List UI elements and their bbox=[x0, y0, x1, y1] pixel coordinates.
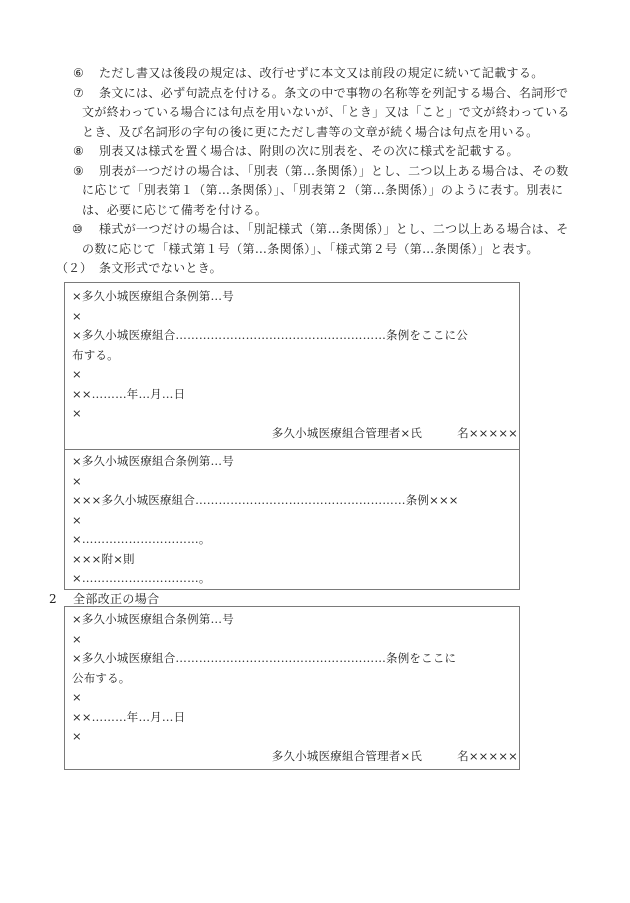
item-text-line: の数に応じて「様式第１号（第…条関係）」、「様式第２号（第…条関係）」と表す。 bbox=[82, 240, 539, 260]
box-line: ××………年…月…日 bbox=[72, 708, 185, 728]
box-line: × bbox=[72, 727, 82, 747]
item-text-line: に応じて「別表第１（第…条関係）」、「別表第２（第…条関係）」のように表す。別表… bbox=[82, 181, 563, 201]
box-line: × bbox=[72, 511, 82, 531]
example-box-full-revision bbox=[64, 606, 520, 770]
box-line: ×…………………………。 bbox=[72, 530, 211, 550]
item-marker: ⑨ bbox=[73, 162, 84, 182]
section-marker: （２） bbox=[56, 259, 92, 279]
item-text-line: 様式が一つだけの場合は、「別記様式（第…条関係）」とし、二つ以上ある場合は、そ bbox=[99, 220, 569, 240]
item-text-line: は、必要に応じて備考を付ける。 bbox=[82, 201, 267, 221]
item-marker: ⑦ bbox=[73, 84, 84, 104]
box-line: ×多久小城医療組合条例第…号 bbox=[72, 452, 234, 472]
box-line: ×多久小城医療組合………………………………………………条例をここに bbox=[72, 649, 456, 669]
box-line: × bbox=[72, 630, 82, 650]
box-line: × bbox=[72, 307, 82, 327]
box-line: × bbox=[72, 472, 82, 492]
item-marker: ⑩ bbox=[72, 220, 83, 240]
item-marker: ⑧ bbox=[73, 142, 84, 162]
box-line: ×多久小城医療組合条例第…号 bbox=[72, 610, 234, 630]
item-text-line: とき、及び名詞形の字句の後に更にただし書等の文章が続く場合は句点を用いる。 bbox=[82, 123, 538, 143]
box-divider bbox=[64, 449, 520, 450]
item-marker: ⑥ bbox=[73, 64, 84, 84]
box-line: ×多久小城医療組合………………………………………………条例をここに公 bbox=[72, 326, 468, 346]
box-line: × bbox=[72, 365, 82, 385]
item-text-line: 別表又は様式を置く場合は、附則の次に別表を、その次に様式を記載する。 bbox=[99, 142, 519, 162]
item-text-line: 条文には、必ず句読点を付ける。条文の中で事物の名称等を列記する場合、名詞形で bbox=[99, 84, 568, 104]
item-text-line: 文が終わっている場合には句点を用いないが、「とき」又は「こと」で文が終わっている bbox=[82, 103, 570, 123]
box-line: ×××附×則 bbox=[72, 550, 135, 570]
item-text-line: ただし書又は後段の規定は、改行せずに本文又は前段の規定に続いて記載する。 bbox=[99, 64, 544, 84]
section-title: 条文形式でないとき。 bbox=[99, 259, 222, 279]
box-line: × bbox=[72, 688, 82, 708]
item-text-line: 別表が一つだけの場合は、「別表（第…条関係）」とし、二つ以上ある場合は、その数 bbox=[99, 162, 569, 182]
heading-number: 2 bbox=[49, 590, 57, 610]
signature-line: 多久小城医療組合管理者×氏 名××××× bbox=[240, 747, 518, 767]
box-line: 公布する。 bbox=[72, 669, 131, 689]
box-line: ×多久小城医療組合条例第…号 bbox=[72, 287, 234, 307]
signature-line: 多久小城医療組合管理者×氏 名××××× bbox=[240, 424, 518, 444]
box-line: ×…………………………。 bbox=[72, 569, 211, 589]
box-line: ××………年…月…日 bbox=[72, 385, 185, 405]
box-line: × bbox=[72, 404, 82, 424]
box-line: 布する。 bbox=[72, 346, 119, 366]
box-line: ×××多久小城医療組合………………………………………………条例××× bbox=[72, 491, 459, 511]
